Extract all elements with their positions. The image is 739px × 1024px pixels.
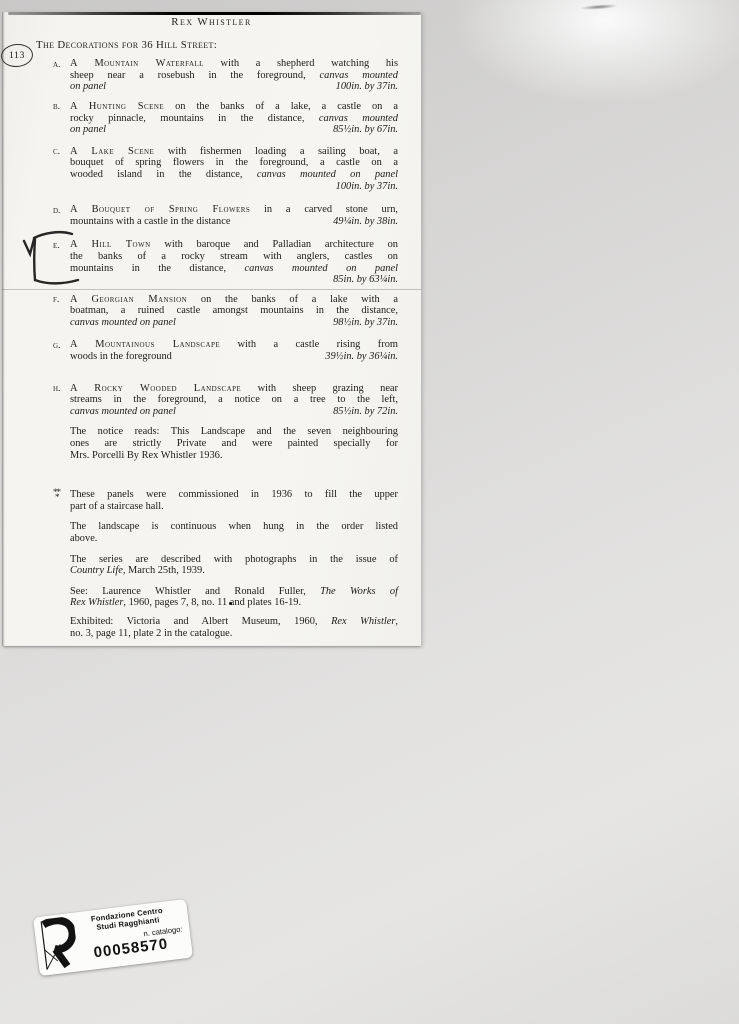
item-letter: g. [53, 339, 70, 362]
text-segment: canvas mounted on panel [70, 406, 176, 417]
text-segment: no. 3, page 11, plate 2 in the catalogue… [70, 628, 232, 639]
item-body: A Lake Scene with fishermen loading a sa… [70, 146, 398, 192]
text-segment: with sheep grazing near [241, 383, 398, 394]
item-body: A Mountain Waterfall with a shepherd wat… [70, 58, 398, 93]
running-header-artist: Rex Whistler [2, 12, 421, 29]
text-line: The series are described with photograph… [70, 554, 398, 566]
text-line: A Rocky Wooded Landscape with sheep graz… [70, 383, 398, 395]
footnote-gutter [53, 554, 70, 577]
catalogue-item-b: b.A Hunting Scene on the banks of a lake… [53, 101, 421, 136]
text-line: bouquet of spring flowers in the foregro… [70, 157, 398, 169]
catalogue-item-d: d.A Bouquet of Spring Flowers in a carve… [53, 204, 421, 227]
pen-annotation-bracket [20, 228, 92, 294]
text-line: These panels were commissioned in 1936 t… [70, 489, 398, 501]
scanned-catalogue-page: { "page_header": { "artist": "Rex Whistl… [0, 0, 739, 1024]
text-segment: A Hunting Scene [70, 101, 164, 112]
item-letter: f. [53, 294, 70, 329]
item-body: A Rocky Wooded Landscape with sheep graz… [70, 383, 398, 418]
text-line: woods in the foreground39½in. by 36¼in. [70, 351, 398, 363]
dimensions: 98½in. by 37in. [333, 317, 398, 329]
text-segment: A Mountain Waterfall [70, 58, 204, 69]
text-segment: Exhibited: Victoria and Albert Museum, 1… [70, 616, 331, 627]
dimensions: 85½in. by 72in. [333, 406, 398, 418]
text-segment: , March 25th, 1939. [123, 565, 205, 576]
footnote-body: Exhibited: Victoria and Albert Museum, 1… [70, 616, 398, 639]
footnote-paragraph: The landscape is continuous when hung in… [53, 521, 421, 544]
text-segment: on the banks of a lake with a [187, 294, 398, 305]
text-line: canvas mounted on panel98½in. by 37in. [70, 317, 398, 329]
text-segment: wooded island in the distance, [70, 169, 257, 180]
text-segment: canvas mounted on panel [70, 317, 176, 328]
text-line: 85in. by 63¼in. [70, 274, 398, 286]
text-segment: The landscape is continuous when hung in… [70, 521, 398, 532]
text-segment: A Lake Scene [70, 146, 154, 157]
text-line: A Mountainous Landscape with a castle ri… [70, 339, 398, 351]
item-letter: d. [53, 204, 70, 227]
item-body: A Hill Town with baroque and Palladian a… [70, 239, 398, 285]
footnote-paragraph: The series are described with photograph… [53, 554, 421, 577]
dimensions: 39½in. by 36¼in. [325, 351, 398, 363]
item-body: A Mountainous Landscape with a castle ri… [70, 339, 398, 362]
text-line: above. [70, 533, 398, 545]
item-letter: b. [53, 101, 70, 136]
text-line: no. 3, page 11, plate 2 in the catalogue… [70, 628, 398, 640]
text-line: wooded island in the distance, canvas mo… [70, 169, 398, 181]
text-line: sheep near a rosebush in the foreground,… [70, 70, 398, 82]
text-segment: mountains with a castle in the distance [70, 216, 230, 227]
text-segment: canvas mounted [320, 70, 398, 81]
item-body: A Georgian Mansion on the banks of a lak… [70, 294, 398, 329]
footnote-section: ***These panels were commissioned in 193… [2, 489, 421, 639]
footnote-body: The landscape is continuous when hung in… [70, 521, 398, 544]
line-left: canvas mounted on panel [70, 406, 176, 418]
text-line: Mrs. Porcelli By Rex Whistler 1936. [70, 450, 398, 462]
text-line: A Hunting Scene on the banks of a lake, … [70, 101, 398, 113]
text-segment: on the banks of a lake, a castle on a [164, 101, 398, 112]
catalogue-item-c: c.A Lake Scene with fishermen loading a … [53, 146, 421, 192]
text-line: Exhibited: Victoria and Albert Museum, 1… [70, 616, 398, 628]
text-line: See: Laurence Whistler and Ronald Fuller… [70, 586, 398, 598]
text-line: A Mountain Waterfall with a shepherd wat… [70, 58, 398, 70]
catalogue-page-clipping: Rex Whistler 113 The Decorations for 36 … [2, 12, 421, 646]
dimensions: 85in. by 63¼in. [333, 274, 398, 285]
line-left: mountains with a castle in the distance [70, 216, 230, 228]
text-line: the banks of a rocky stream with anglers… [70, 251, 398, 263]
page-content: Rex Whistler 113 The Decorations for 36 … [2, 12, 421, 639]
footnote-paragraph: ***These panels were commissioned in 193… [53, 489, 421, 512]
footnote-gutter [53, 616, 70, 639]
asterism-bottom: * [53, 495, 59, 500]
text-line: ones are strictly Private and were paint… [70, 438, 398, 450]
text-segment: The Works of [320, 586, 398, 597]
footnote-paragraph: Exhibited: Victoria and Albert Museum, 1… [53, 616, 421, 639]
text-segment: with baroque and Palladian architecture … [151, 239, 398, 250]
text-line: Rex Whistler, 1960, pages 7, 8, no. 11 a… [70, 597, 398, 609]
ink-dot [229, 602, 232, 605]
text-line: The notice reads: This Landscape and the… [70, 426, 398, 438]
text-segment: part of a staircase hall. [70, 501, 164, 512]
text-line: mountains with a castle in the distance4… [70, 216, 398, 228]
dimensions: 49¼in. by 38in. [333, 216, 398, 228]
text-segment: Rex Whistler [70, 597, 123, 608]
dimensions: 100in. by 37in. [336, 181, 398, 192]
footnote-body: The series are described with photograph… [70, 554, 398, 577]
text-segment: , [395, 616, 398, 627]
text-segment: A Bouquet of Spring Flowers [70, 204, 250, 215]
text-segment: mountains in the distance, [70, 263, 245, 274]
text-line: A Georgian Mansion on the banks of a lak… [70, 294, 398, 306]
ragghianti-logo-icon [37, 916, 79, 972]
catalogue-item-e: e.A Hill Town with baroque and Palladian… [53, 239, 421, 285]
text-line: canvas mounted on panel85½in. by 72in. [70, 406, 398, 418]
dimensions: 100in. by 37in. [336, 81, 398, 93]
text-segment: with a castle rising from [220, 339, 398, 350]
text-segment: rocky pinnacle, mountains in the distanc… [70, 113, 319, 124]
text-segment: The notice reads: This Landscape and the… [70, 426, 398, 437]
line-left: woods in the foreground [70, 351, 172, 363]
text-segment: These panels were commissioned in 1936 t… [70, 489, 398, 500]
scan-smudge [575, 2, 623, 11]
catalogue-item-a: a.A Mountain Waterfall with a shepherd w… [53, 58, 421, 93]
text-segment: woods in the foreground [70, 351, 172, 362]
text-segment: , 1960, pages 7, 8, no. 11 and plates 16… [123, 597, 301, 608]
text-segment: The series are described with photograph… [70, 554, 398, 565]
text-segment: with a shepherd watching his [204, 58, 398, 69]
text-line: The landscape is continuous when hung in… [70, 521, 398, 533]
item-body: A Hunting Scene on the banks of a lake, … [70, 101, 398, 136]
item-letter: h. [53, 383, 70, 418]
text-line: A Bouquet of Spring Flowers in a carved … [70, 204, 398, 216]
text-segment: Country Life [70, 565, 123, 576]
text-segment: canvas mounted on panel [245, 263, 398, 274]
text-line: A Hill Town with baroque and Palladian a… [70, 239, 398, 251]
text-segment: See: Laurence Whistler and Ronald Fuller… [70, 586, 320, 597]
text-line: 100in. by 37in. [70, 181, 398, 193]
catalogue-item-h: h.A Rocky Wooded Landscape with sheep gr… [53, 383, 421, 418]
text-segment: in a carved stone urn, [250, 204, 398, 215]
text-line: rocky pinnacle, mountains in the distanc… [70, 113, 398, 125]
text-segment: canvas mounted on panel [257, 169, 398, 180]
text-line: boatman, a ruined castle amongst mountai… [70, 305, 398, 317]
item-letter: a. [53, 58, 70, 93]
item-letter: c. [53, 146, 70, 192]
text-segment: boatman, a ruined castle amongst mountai… [70, 305, 398, 316]
sticker-text: Fondazione Centro Studi Ragghianti n. ca… [73, 899, 193, 971]
text-segment: A Rocky Wooded Landscape [70, 383, 241, 394]
catalogue-item-g: g.A Mountainous Landscape with a castle … [53, 339, 421, 362]
text-segment: sheep near a rosebush in the foreground, [70, 70, 320, 81]
text-line: streams in the foreground, a notice on a… [70, 394, 398, 406]
lot-number: 113 [9, 50, 25, 62]
text-segment: above. [70, 533, 97, 544]
text-segment: Mrs. Porcelli By Rex Whistler 1936. [70, 450, 222, 461]
line-left: canvas mounted on panel [70, 317, 176, 329]
footnote-body: See: Laurence Whistler and Ronald Fuller… [70, 586, 398, 609]
line-left: on panel [70, 124, 106, 136]
dimensions: 85½in. by 67in. [333, 124, 398, 136]
text-segment: Rex Whistler [331, 616, 395, 627]
text-line: part of a staircase hall. [70, 501, 398, 513]
text-line: A Lake Scene with fishermen loading a sa… [70, 146, 398, 158]
footnote-gutter [53, 521, 70, 544]
library-accession-sticker: Fondazione Centro Studi Ragghianti n. ca… [33, 899, 193, 976]
text-segment: the banks of a rocky stream with anglers… [70, 251, 398, 262]
text-line: Country Life, March 25th, 1939. [70, 565, 398, 577]
text-segment: bouquet of spring flowers in the foregro… [70, 157, 398, 168]
text-segment: canvas mounted [319, 113, 398, 124]
text-segment: ones are strictly Private and were paint… [70, 438, 398, 449]
footnote-body: These panels were commissioned in 1936 t… [70, 489, 398, 512]
text-line: on panel85½in. by 67in. [70, 124, 398, 136]
text-segment: A Mountainous Landscape [70, 339, 220, 350]
footnote-gutter [53, 586, 70, 609]
notice-paragraph: The notice reads: This Landscape and the… [70, 426, 398, 461]
lot-title: The Decorations for 36 Hill Street: [36, 40, 421, 52]
footnote-paragraph: See: Laurence Whistler and Ronald Fuller… [53, 586, 421, 609]
text-segment: A Georgian Mansion [70, 294, 187, 305]
text-segment: streams in the foreground, a notice on a… [70, 394, 398, 405]
text-segment: on panel [70, 81, 106, 92]
text-line: on panel100in. by 37in. [70, 81, 398, 93]
text-segment: on panel [70, 124, 106, 135]
item-body: A Bouquet of Spring Flowers in a carved … [70, 204, 398, 227]
catalogue-item-f: f.A Georgian Mansion on the banks of a l… [53, 294, 421, 329]
line-left: on panel [70, 81, 106, 93]
text-line: mountains in the distance, canvas mounte… [70, 263, 398, 275]
text-segment: with fishermen loading a sailing boat, a [154, 146, 398, 157]
asterism-marker: *** [53, 489, 70, 512]
